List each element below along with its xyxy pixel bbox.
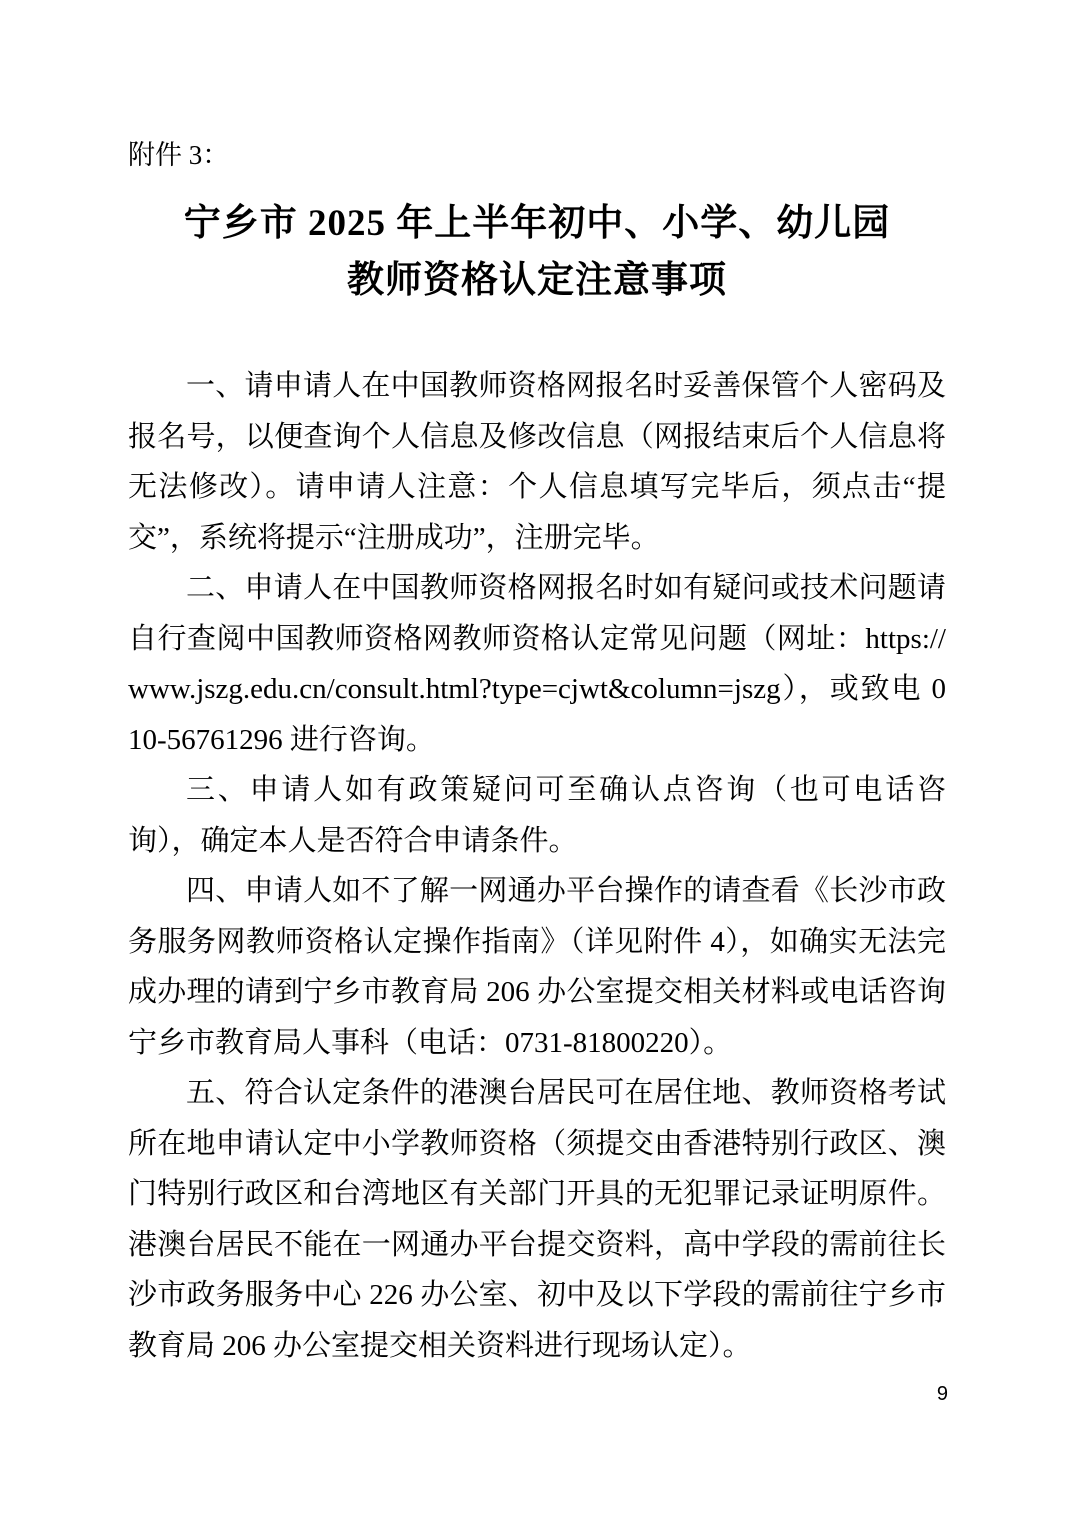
document-title: 宁乡市 2025 年上半年初中、小学、幼儿园 教师资格认定注意事项 [128,195,946,309]
paragraph-2: 二、申请人在中国教师资格网报名时如有疑问或技术问题请自行查阅中国教师资格网教师资… [128,563,946,765]
document-title-line-1: 宁乡市 2025 年上半年初中、小学、幼儿园 [128,195,946,252]
page-number: 9 [937,1382,948,1406]
document-title-line-2: 教师资格认定注意事项 [128,252,946,309]
paragraph-3: 三、申请人如有政策疑问可至确认点咨询（也可电话咨询），确定本人是否符合申请条件。 [128,765,946,866]
paragraph-1: 一、请申请人在中国教师资格网报名时妥善保管个人密码及报名号，以便查询个人信息及修… [128,361,946,563]
paragraph-4: 四、申请人如不了解一网通办平台操作的请查看《长沙市政务服务网教师资格认定操作指南… [128,866,946,1068]
document-page: 附件 3： 宁乡市 2025 年上半年初中、小学、幼儿园 教师资格认定注意事项 … [0,0,1074,1520]
document-body: 一、请申请人在中国教师资格网报名时妥善保管个人密码及报名号，以便查询个人信息及修… [128,361,946,1371]
attachment-label: 附件 3： [128,140,946,170]
paragraph-5: 五、符合认定条件的港澳台居民可在居住地、教师资格考试所在地申请认定中小学教师资格… [128,1068,946,1371]
